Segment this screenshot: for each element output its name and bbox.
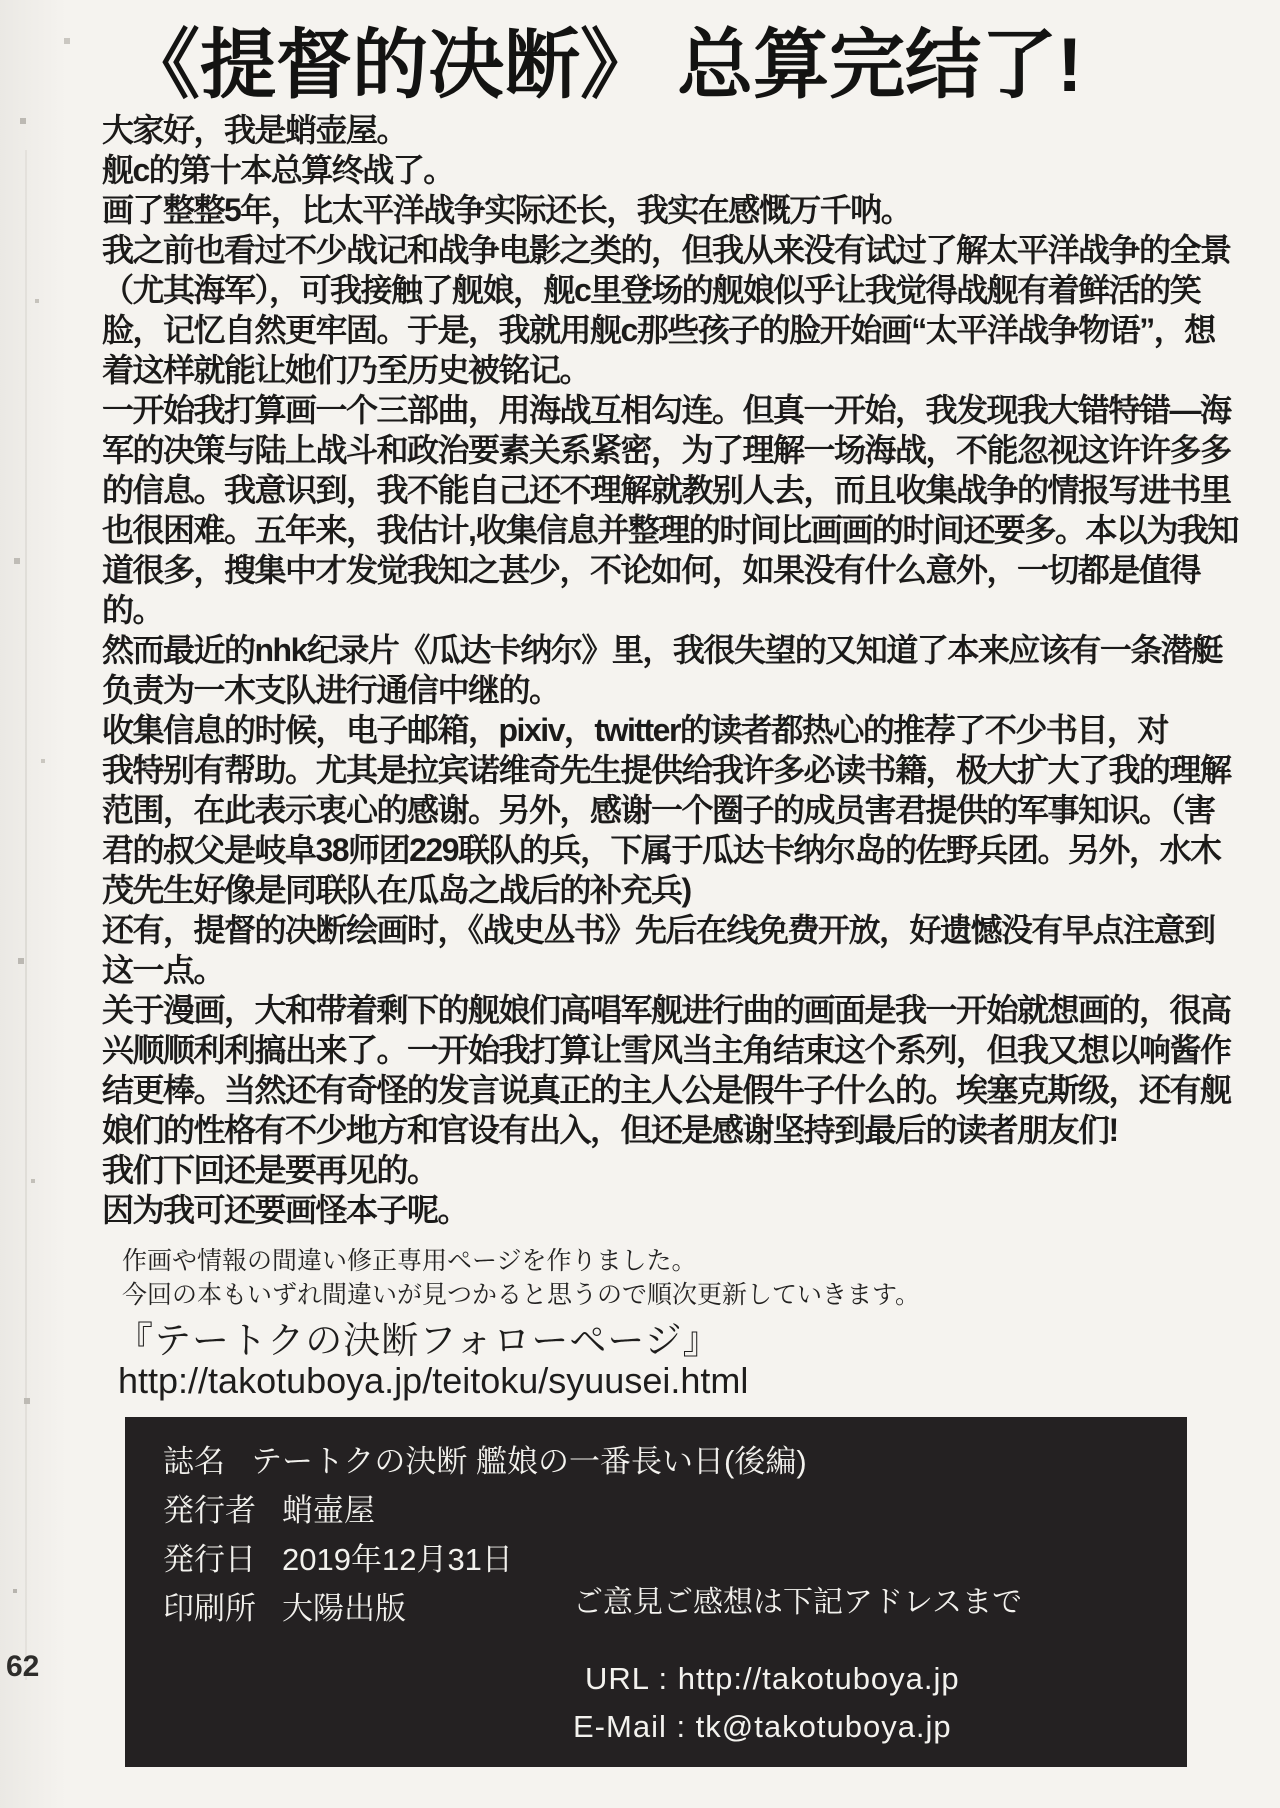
body-line: 负责为一木支队进行通信中继的。 xyxy=(102,670,1206,710)
body-line: 兴顺顺利利搞出来了。一开始我打算让雪风当主角结束这个系列，但我又想以响酱作 xyxy=(102,1030,1206,1070)
body-line: 这一点。 xyxy=(102,950,1206,990)
body-line: 着这样就能让她们乃至历史被铭记。 xyxy=(102,350,1206,390)
colophon-row-value: 蛸壷屋 xyxy=(282,1493,375,1528)
body-line: 然而最近的nhk纪录片《瓜达卡纳尔》里，我很失望的又知道了本来应该有一条潜艇 xyxy=(102,630,1206,670)
body-line: 茂先生好像是同联队在瓜岛之战后的补充兵) xyxy=(102,870,1206,910)
body-line: 收集信息的时候，电子邮箱，pixiv，twitter的读者都热心的推荐了不少书目… xyxy=(102,710,1206,750)
body-line: 道很多，搜集中才发觉我知之甚少，不论如何，如果没有什么意外，一切都是值得 xyxy=(102,550,1206,590)
scanned-page: 《提督的决断》 总算完结了! 大家好，我是蛸壶屋。舰c的第十本总算终战了。画了整… xyxy=(0,0,1280,1808)
body-line: 君的叔父是岐阜38师团229联队的兵，下属于瓜达卡纳尔岛的佐野兵团。另外，水木 xyxy=(102,830,1206,870)
contact-note: ご意見ご感想は下記アドレスまで xyxy=(573,1577,1022,1621)
scan-speckles xyxy=(0,0,2,2)
contact-email: E-Mail : tk@takotuboya.jp xyxy=(573,1709,952,1745)
colophon-row-value: 大陽出版 xyxy=(282,1591,406,1626)
errata-note-line: 今回の本もいずれ間違いが見つかると思うので順次更新していきます。 xyxy=(122,1278,920,1312)
body-line: 娘们的性格有不少地方和官设有出入，但还是感谢坚持到最后的读者朋友们! xyxy=(102,1110,1206,1150)
body-line: 也很困难。五年来，我估计,收集信息并整理的时间比画画的时间还要多。本以为我知 xyxy=(102,510,1206,550)
page-title: 《提督的决断》 总算完结了! xyxy=(124,4,1082,113)
body-line: 还有，提督的决断绘画时，《战史丛书》先后在线免费开放，好遗憾没有早点注意到 xyxy=(102,910,1206,950)
colophon-row: 誌名テートクの決断 艦娘の一番長い日(後編) xyxy=(163,1437,807,1486)
body-line: 因为我可还要画怪本子呢。 xyxy=(102,1190,1206,1230)
errata-note: 作画や情報の間違い修正専用ページを作りました。今回の本もいずれ間違いが見つかると… xyxy=(122,1244,920,1312)
body-line: 一开始我打算画一个三部曲，用海战互相勾连。但真一开始，我发现我大错特错—海 xyxy=(102,390,1206,430)
page-number: 62 xyxy=(6,1650,39,1684)
colophon-row-label: 発行者 xyxy=(163,1493,256,1528)
scan-edge-shading xyxy=(0,0,92,1808)
body-line: 舰c的第十本总算终战了。 xyxy=(102,150,1206,190)
body-line: 军的决策与陆上战斗和政治要素关系紧密，为了理解一场海战，不能忽视这许许多多 xyxy=(102,430,1206,470)
body-line: 我之前也看过不少战记和战争电影之类的，但我从来没有试过了解太平洋战争的全景 xyxy=(102,230,1206,270)
colophon-box: 誌名テートクの決断 艦娘の一番長い日(後編)発行者蛸壷屋発行日2019年12月3… xyxy=(125,1417,1187,1767)
scan-crease-line xyxy=(25,150,27,1680)
body-line: 我们下回还是要再见的。 xyxy=(102,1150,1206,1190)
colophon-row: 発行者蛸壷屋 xyxy=(163,1486,807,1535)
body-line: 的。 xyxy=(102,590,1206,630)
colophon-row-value: テートクの決断 艦娘の一番長い日(後編) xyxy=(251,1444,807,1479)
body-line: 关于漫画，大和带着剩下的舰娘们高唱军舰进行曲的画面是我一开始就想画的，很高 xyxy=(102,990,1206,1030)
colophon-row-label: 印刷所 xyxy=(163,1591,256,1626)
contact-url: URL : http://takotuboya.jp xyxy=(585,1661,960,1697)
body-line: 范围，在此表示衷心的感谢。另外，感谢一个圈子的成员害君提供的军事知识。（害 xyxy=(102,790,1206,830)
errata-note-line: 作画や情報の間違い修正専用ページを作りました。 xyxy=(122,1244,920,1278)
body-line: 我特别有帮助。尤其是拉宾诺维奇先生提供给我许多必读书籍，极大扩大了我的理解 xyxy=(102,750,1206,790)
body-line: 脸，记忆自然更牢固。于是，我就用舰c那些孩子的脸开始画“太平洋战争物语”，想 xyxy=(102,310,1206,350)
follow-page-url: http://takotuboya.jp/teitoku/syuusei.htm… xyxy=(118,1360,748,1402)
body-line: 画了整整5年，比太平洋战争实际还长，我实在感慨万千呐。 xyxy=(102,190,1206,230)
colophon-row-label: 発行日 xyxy=(163,1542,256,1577)
afterword-body: 大家好，我是蛸壶屋。舰c的第十本总算终战了。画了整整5年，比太平洋战争实际还长，… xyxy=(102,110,1206,1230)
colophon-row-value: 2019年12月31日 xyxy=(282,1542,513,1577)
body-line: （尤其海军），可我接触了舰娘，舰c里登场的舰娘似乎让我觉得战舰有着鲜活的笑 xyxy=(102,270,1206,310)
body-line: 大家好，我是蛸壶屋。 xyxy=(102,110,1206,150)
body-line: 的信息。我意识到，我不能自己还不理解就教别人去，而且收集战争的情报写进书里 xyxy=(102,470,1206,510)
body-line: 结更棒。当然还有奇怪的发言说真正的主人公是假牛子什么的。埃塞克斯级，还有舰 xyxy=(102,1070,1206,1110)
colophon-row-label: 誌名 xyxy=(163,1444,225,1479)
follow-page-title: 『テートクの決断フォローページ』 xyxy=(116,1310,721,1364)
